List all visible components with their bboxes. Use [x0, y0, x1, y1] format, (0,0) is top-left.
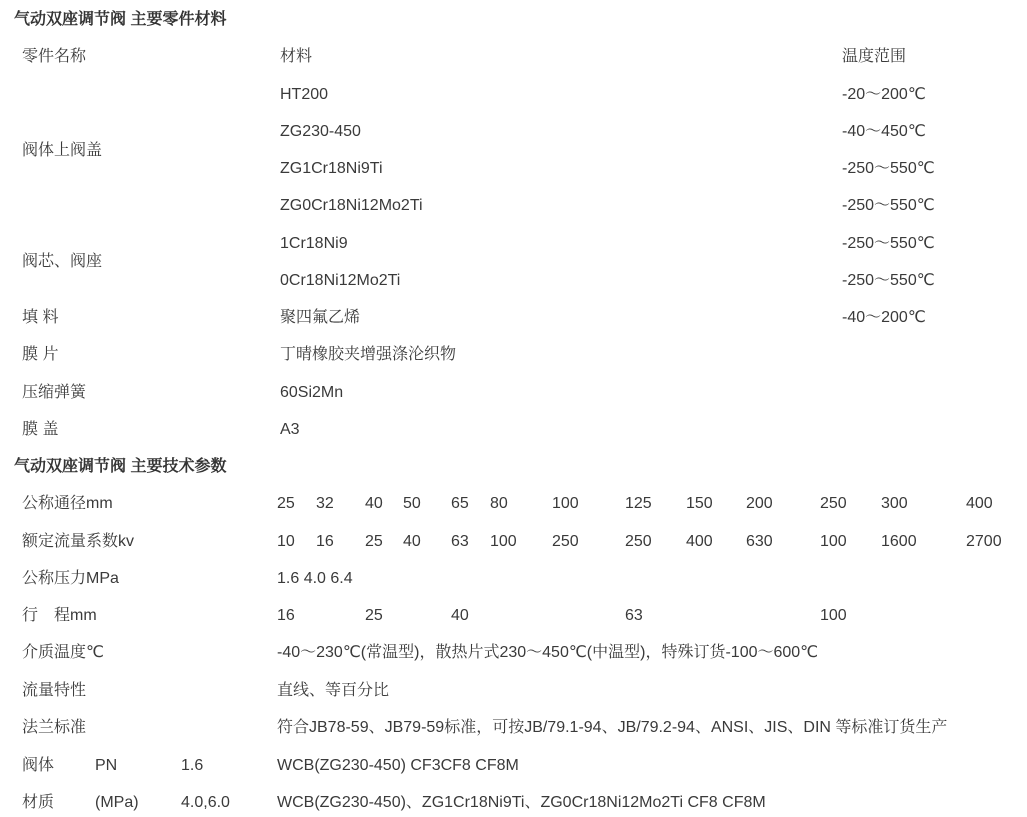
temperature-cell: -40～450℃ — [842, 122, 926, 142]
kv-value: 2700 — [966, 532, 1002, 552]
part-name: 填 料 — [22, 308, 58, 328]
kv-value: 63 — [451, 532, 469, 552]
param-label-rated-flow: 额定流量系数kv — [22, 532, 134, 552]
param-label-body-bottom: 材质 — [22, 793, 54, 813]
param-label-body-top: 阀体 — [22, 756, 54, 776]
kv-value: 10 — [277, 532, 295, 552]
pressure-value: 1.6 4.0 6.4 — [277, 569, 353, 589]
medium-temperature-value: -40～230℃(常温型)，散热片式230～450℃(中温型)，特殊订货-100… — [277, 643, 818, 663]
diameter-value: 100 — [552, 494, 579, 514]
pn-unit-label: (MPa) — [95, 793, 139, 813]
stroke-value: 40 — [451, 606, 469, 626]
params-title: 气动双座调节阀 主要技术参数 — [14, 457, 226, 477]
temperature-cell: -20～200℃ — [842, 85, 926, 105]
flange-standard-value: 符合JB78-59、JB79-59标准，可按JB/79.1-94、JB/79.2… — [277, 718, 947, 738]
header-temperature: 温度范围 — [842, 47, 906, 67]
kv-value: 16 — [316, 532, 334, 552]
pn-value: 4.0,6.0 — [181, 793, 230, 813]
param-label-stroke: 行 程mm — [22, 606, 97, 626]
material-cell: ZG230-450 — [280, 122, 361, 142]
temperature-cell: -250～550℃ — [842, 196, 935, 216]
diameter-value: 200 — [746, 494, 773, 514]
material-cell: A3 — [280, 420, 300, 440]
part-name: 压缩弹簧 — [22, 383, 86, 403]
stroke-value: 63 — [625, 606, 643, 626]
diameter-value: 40 — [365, 494, 383, 514]
stroke-value: 16 — [277, 606, 295, 626]
temperature-cell: -250～550℃ — [842, 271, 935, 291]
materials-title: 气动双座调节阀 主要零件材料 — [14, 10, 226, 30]
diameter-value: 250 — [820, 494, 847, 514]
header-part-name: 零件名称 — [22, 47, 86, 67]
diameter-value: 50 — [403, 494, 421, 514]
diameter-value: 65 — [451, 494, 469, 514]
part-name: 膜 片 — [22, 345, 58, 365]
material-cell: ZG0Cr18Ni12Mo2Ti — [280, 196, 423, 216]
kv-value: 100 — [490, 532, 517, 552]
temperature-cell: -250～550℃ — [842, 234, 935, 254]
material-cell: 60Si2Mn — [280, 383, 343, 403]
body-material-value: WCB(ZG230-450) CF3CF8 CF8M — [277, 756, 519, 776]
part-name: 阀芯、阀座 — [22, 252, 102, 272]
diameter-value: 300 — [881, 494, 908, 514]
kv-value: 630 — [746, 532, 773, 552]
kv-value: 40 — [403, 532, 421, 552]
kv-value: 250 — [552, 532, 579, 552]
param-label-nominal-pressure: 公称压力MPa — [22, 569, 119, 589]
diameter-value: 32 — [316, 494, 334, 514]
body-material-value: WCB(ZG230-450)、ZG1Cr18Ni9Ti、ZG0Cr18Ni12M… — [277, 793, 766, 813]
kv-value: 250 — [625, 532, 652, 552]
part-name: 阀体上阀盖 — [22, 141, 102, 161]
material-cell: 0Cr18Ni12Mo2Ti — [280, 271, 400, 291]
kv-value: 25 — [365, 532, 383, 552]
kv-value: 400 — [686, 532, 713, 552]
param-label-flange-standard: 法兰标准 — [22, 718, 86, 738]
material-cell: 聚四氟乙烯 — [280, 308, 360, 328]
material-cell: HT200 — [280, 85, 328, 105]
header-material: 材料 — [280, 47, 312, 67]
diameter-value: 400 — [966, 494, 993, 514]
material-cell: ZG1Cr18Ni9Ti — [280, 159, 383, 179]
diameter-value: 25 — [277, 494, 295, 514]
kv-value: 1600 — [881, 532, 917, 552]
diameter-value: 125 — [625, 494, 652, 514]
param-label-nominal-diameter: 公称通径mm — [22, 494, 113, 514]
material-cell: 丁晴橡胶夹增强涤沦织物 — [280, 345, 456, 365]
kv-value: 100 — [820, 532, 847, 552]
pn-label: PN — [95, 756, 117, 776]
temperature-cell: -40～200℃ — [842, 308, 926, 328]
temperature-cell: -250～550℃ — [842, 159, 935, 179]
param-label-flow-characteristic: 流量特性 — [22, 681, 86, 701]
param-label-medium-temperature: 介质温度℃ — [22, 643, 104, 663]
flow-characteristic-value: 直线、等百分比 — [277, 681, 389, 701]
pn-value: 1.6 — [181, 756, 203, 776]
part-name: 膜 盖 — [22, 420, 58, 440]
material-cell: 1Cr18Ni9 — [280, 234, 348, 254]
diameter-value: 80 — [490, 494, 508, 514]
diameter-value: 150 — [686, 494, 713, 514]
stroke-value: 25 — [365, 606, 383, 626]
stroke-value: 100 — [820, 606, 847, 626]
